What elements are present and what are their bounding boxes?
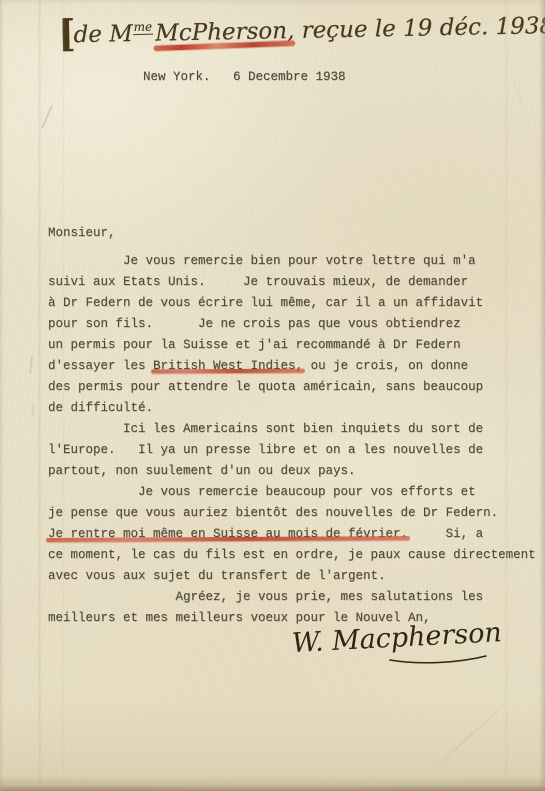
line-segment: des permis pour attendre le quota améric… [48, 380, 483, 394]
letter-line: partout, non suulement d'un ou deux pays… [48, 461, 536, 482]
annotation-superscript: me [133, 20, 154, 35]
letter-line: un permis pour la Suisse et j'ai recomma… [48, 335, 536, 356]
letter-line: à Dr Federn de vous écrire lui même, car… [48, 293, 536, 314]
letter-line: ce moment, le cas du fils est en ordre, … [48, 545, 536, 566]
letter-line: Je vous remercie beaucoup pour vos effor… [48, 482, 536, 503]
annotation-prefix: de M [73, 21, 133, 48]
line-segment: Je vous remercie bien pour votre lettre … [48, 254, 476, 268]
letter-lines: Je vous remercie bien pour votre lettre … [48, 251, 536, 629]
annotation-sender-name: McPherson [155, 18, 287, 47]
paper-crease [415, 684, 528, 786]
received-annotation: [de MmeMcPherson, reçue le 19 déc. 1938] [58, 0, 529, 57]
line-segment: suivi aux Etats Unis. Je trouvais mieux,… [48, 275, 468, 289]
annotation-date-text: , reçue le 19 déc. 1938 [287, 13, 545, 44]
letter-line: de difficulté. [48, 398, 536, 419]
line-segment: Si, a [408, 527, 483, 541]
pencil-mark [41, 105, 53, 130]
pencil-mark [32, 404, 35, 417]
letter-line: Je rentre moi même en Suisse au mois de … [48, 524, 536, 545]
salutation: Monsieur, [48, 223, 536, 244]
letter-line: Agréez, je vous prie, mes salutations le… [48, 587, 536, 608]
line-segment: avec vous aux sujet du transfert de l'ar… [48, 569, 386, 583]
letter-line: je pense que vous auriez bientôt des nou… [48, 503, 536, 524]
line-segment: Ici les Americains sont bien inquiets du… [48, 422, 483, 436]
line-segment: de difficulté. [48, 401, 153, 415]
dateline: New York. 6 Decembre 1938 [143, 67, 346, 88]
letter-page: [de MmeMcPherson, reçue le 19 déc. 1938]… [0, 0, 545, 791]
signature-name: W. Macpherson [291, 617, 502, 659]
letter-line: suivi aux Etats Unis. Je trouvais mieux,… [48, 272, 536, 293]
letter-line: Ici les Americains sont bien inquiets du… [48, 419, 536, 440]
letter-body: Monsieur, Je vous remercie bien pour vot… [48, 223, 536, 629]
letter-line: l'Europe. Il ya un presse libre et on a … [48, 440, 536, 461]
red-underlined-phrase: British West Indies, [153, 359, 303, 373]
line-segment: ou je crois, on donne [303, 359, 468, 373]
line-segment: Agréez, je vous prie, mes salutations le… [48, 590, 483, 604]
letter-line: avec vous aux sujet du transfert de l'ar… [48, 566, 536, 587]
line-segment: d'essayer les [48, 359, 153, 373]
signature: W. Macpherson [290, 613, 505, 670]
line-segment: Je vous remercie beaucoup pour vos effor… [48, 485, 476, 499]
signature-underline-flourish [390, 656, 486, 663]
line-segment: ce moment, le cas du fils est en ordre, … [48, 548, 536, 562]
red-underlined-phrase: Je rentre moi même en Suisse au mois de … [48, 527, 408, 541]
line-segment: partout, non suulement d'un ou deux pays… [48, 464, 356, 478]
line-segment: un permis pour la Suisse et j'ai recomma… [48, 338, 461, 352]
letter-line: des permis pour attendre le quota améric… [48, 377, 536, 398]
letter-line: d'essayer les British West Indies, ou je… [48, 356, 536, 377]
pencil-mark [29, 356, 33, 374]
paper-crease [500, 43, 542, 156]
line-segment: à Dr Federn de vous écrire lui même, car… [48, 296, 483, 310]
line-segment: pour son fils. Je ne crois pas que vous … [48, 317, 461, 331]
annotation-bracket-open: [ [58, 11, 74, 55]
line-segment: l'Europe. Il ya un presse libre et on a … [48, 443, 483, 457]
line-segment: je pense que vous auriez bientôt des nou… [48, 506, 498, 520]
letter-line: Je vous remercie bien pour votre lettre … [48, 251, 536, 272]
letter-line: pour son fils. Je ne crois pas que vous … [48, 314, 536, 335]
